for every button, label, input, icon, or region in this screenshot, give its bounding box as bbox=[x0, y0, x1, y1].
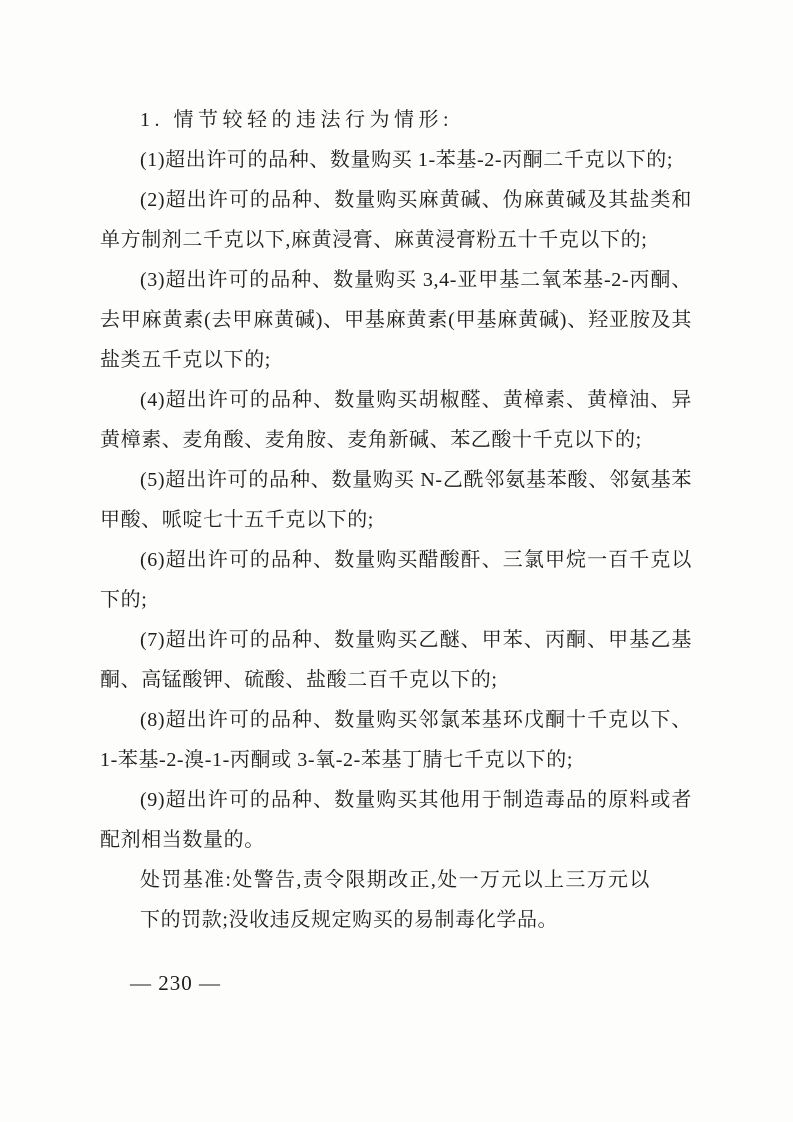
list-item-1: (1)超出许可的品种、数量购买 1-苯基-2-丙酮二千克以下的; bbox=[100, 140, 692, 180]
list-item-6: (6)超出许可的品种、数量购买醋酸酐、三氯甲烷一百千克以下的; bbox=[100, 540, 692, 620]
list-item-8: (8)超出许可的品种、数量购买邻氯苯基环戊酮十千克以下、1-苯基-2-溴-1-丙… bbox=[100, 700, 692, 780]
page-footer: — 230 — bbox=[130, 970, 221, 996]
list-item-3: (3)超出许可的品种、数量购买 3,4-亚甲基二氧苯基-2-丙酮、去甲麻黄素(去… bbox=[100, 260, 692, 380]
section-heading: 1. 情节较轻的违法行为情形: bbox=[100, 100, 692, 140]
list-item-9: (9)超出许可的品种、数量购买其他用于制造毒品的原料或者配剂相当数量的。 bbox=[100, 780, 692, 860]
list-item-2: (2)超出许可的品种、数量购买麻黄碱、伪麻黄碱及其盐类和单方制剂二千克以下,麻黄… bbox=[100, 180, 692, 260]
document-page: 1. 情节较轻的违法行为情形: (1)超出许可的品种、数量购买 1-苯基-2-丙… bbox=[0, 0, 793, 1122]
page-number: — 230 — bbox=[130, 971, 221, 995]
document-body: 1. 情节较轻的违法行为情形: (1)超出许可的品种、数量购买 1-苯基-2-丙… bbox=[100, 100, 692, 940]
penalty-clause: 处罚基准:处警告,责令限期改正,处一万元以上三万元以下的罚款;没收违反规定购买的… bbox=[140, 860, 650, 940]
list-item-5: (5)超出许可的品种、数量购买 N-乙酰邻氨基苯酸、邻氨基苯甲酸、哌啶七十五千克… bbox=[100, 460, 692, 540]
list-item-7: (7)超出许可的品种、数量购买乙醚、甲苯、丙酮、甲基乙基酮、高锰酸钾、硫酸、盐酸… bbox=[100, 620, 692, 700]
list-item-4: (4)超出许可的品种、数量购买胡椒醛、黄樟素、黄樟油、异黄樟素、麦角酸、麦角胺、… bbox=[100, 380, 692, 460]
